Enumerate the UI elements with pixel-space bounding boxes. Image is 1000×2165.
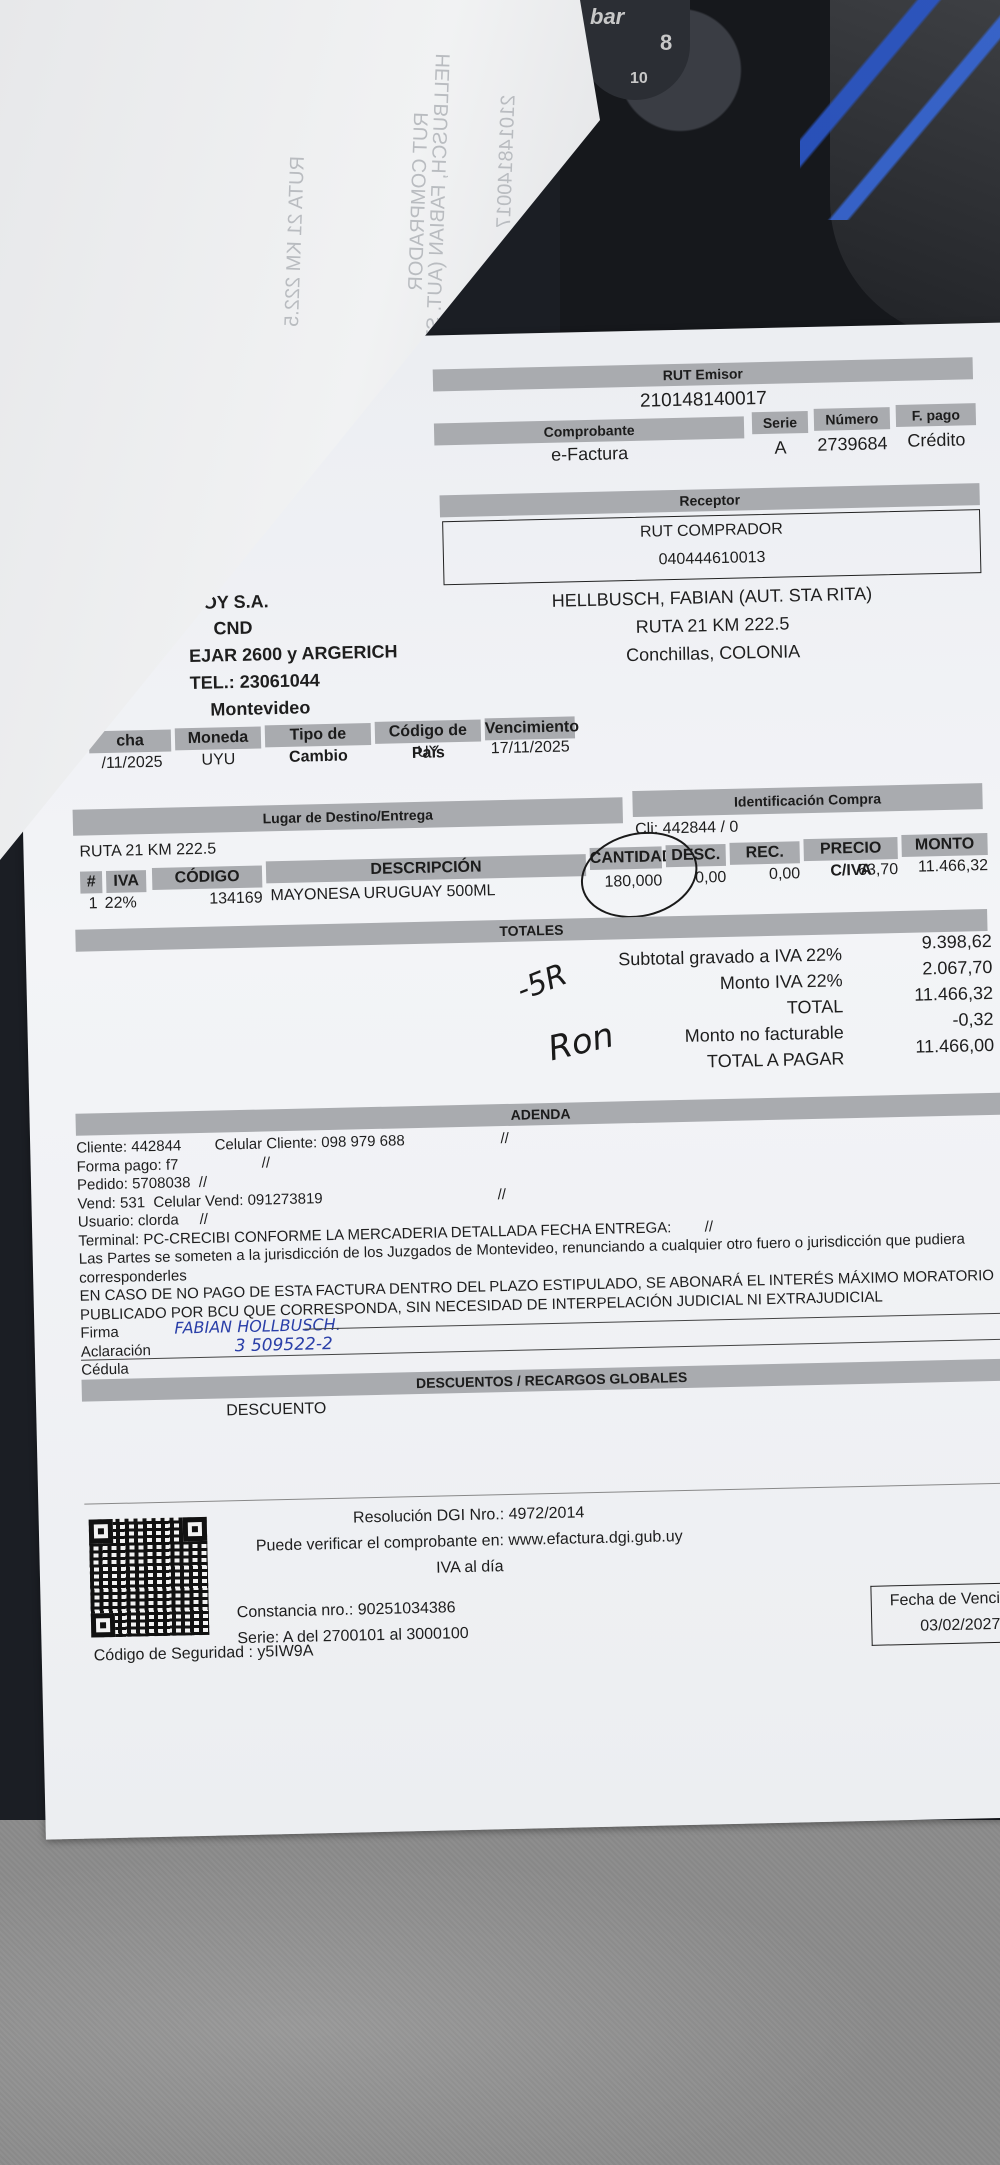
numero-header: Número: [814, 407, 890, 431]
row-num: 1: [89, 895, 98, 913]
footer-divider: [84, 1482, 1000, 1504]
col-codigo-header: CÓDIGO: [152, 865, 262, 889]
destino-value: RUTA 21 KM 222.5: [79, 841, 216, 862]
fecha-vencimiento-value: 03/02/2027: [920, 1616, 1000, 1636]
fecha-vencimiento-label: Fecha de Vencim: [890, 1590, 1000, 1611]
iva-al-dia: IVA al día: [240, 1554, 700, 1582]
emisor-line2: CND: [213, 618, 252, 640]
destino-header: Lugar de Destino/Entrega: [73, 797, 623, 835]
serie-value: A: [752, 437, 808, 459]
row-rec: 0,00: [730, 865, 800, 885]
col-descripcion-header: DESCRIPCIÓN: [266, 854, 586, 883]
receptor-name: HELLBUSCH, FABIAN (AUT. STA RITA): [442, 581, 982, 614]
moneda-value: UYU: [175, 750, 261, 770]
emisor-city: Montevideo: [210, 697, 310, 720]
row-codigo: 134169: [152, 889, 262, 909]
gauge-tick: 8: [660, 30, 672, 56]
row-iva: 22%: [105, 894, 137, 913]
gauge-unit-label: bar: [590, 4, 624, 30]
mirrored-rut-text: 210148140017: [493, 94, 521, 228]
verificar-link[interactable]: Puede verificar el comprobante en: www.e…: [239, 1528, 699, 1556]
constancia: Constancia nro.: 90251034386: [237, 1599, 456, 1622]
col-rec-header: REC.: [729, 841, 799, 865]
no-facturable-label: Monto no facturable: [458, 1022, 844, 1052]
receptor-city: Conchillas, COLONIA: [443, 637, 983, 670]
no-facturable-value: -0,32: [857, 1009, 993, 1033]
codigo-pais-header: Código de País: [375, 719, 481, 743]
total-label: TOTAL: [457, 996, 843, 1026]
numero-value: 2739684: [814, 433, 890, 456]
moneda-header: Moneda: [175, 726, 261, 750]
adenda-body: Cliente: 442844 Celular Cliente: 098 979…: [76, 1118, 1000, 1380]
pago-header: F. pago: [896, 403, 976, 427]
blue-strap: [800, 0, 1000, 220]
cedula-handwritten: 3 509522-2: [235, 1334, 334, 1356]
col-num-header: #: [80, 871, 102, 893]
codigo-seguridad: Código de Seguridad : y5IW9A: [94, 1643, 314, 1666]
row-monto: 11.466,32: [902, 857, 988, 877]
total-value: 11.466,32: [857, 983, 993, 1007]
totales-header: TOTALES: [75, 909, 987, 952]
pago-value: Crédito: [896, 429, 976, 452]
vencimiento-header: Vencimiento: [485, 716, 575, 740]
subtotal-label: Subtotal gravado a IVA 22%: [456, 944, 842, 974]
codigo-pais-value: UY: [375, 742, 481, 762]
col-precio-header: PRECIO C/IVA: [803, 837, 897, 861]
col-iva-header: IVA: [106, 870, 146, 893]
rut-comprador-value: 040444610013: [444, 544, 980, 574]
rut-comprador-box: RUT COMPRADOR 040444610013: [442, 509, 981, 585]
iva-value: 2.067,70: [856, 957, 992, 981]
mirrored-address: RUTA 21 KM 222.5: [281, 156, 310, 328]
total-pagar-label: TOTAL A PAGAR: [458, 1048, 844, 1078]
emisor-phone: TEL.: 23061044: [189, 670, 320, 694]
row-descripcion: MAYONESA URUGUAY 500ML: [270, 882, 495, 905]
total-pagar-value: 11.466,00: [858, 1035, 994, 1059]
rut-comprador-label: RUT COMPRADOR: [443, 516, 979, 546]
serie-header: Serie: [752, 411, 808, 434]
vencimiento-value: 17/11/2025: [485, 738, 575, 758]
qr-code[interactable]: [89, 1517, 210, 1638]
gauge-tick: 10: [630, 70, 648, 88]
emisor-address: EJAR 2600 y ARGERICH: [189, 641, 398, 667]
fecha-vencimiento-box: Fecha de Vencim 03/02/2027: [870, 1582, 1000, 1646]
fecha-value: /11/2025: [101, 754, 162, 773]
subtotal-value: 9.398,62: [856, 931, 992, 955]
resolucion-dgi: Resolución DGI Nro.: 4972/2014: [239, 1502, 699, 1530]
descuento-item: DESCUENTO: [226, 1400, 327, 1420]
receptor-address: RUTA 21 KM 222.5: [442, 609, 982, 642]
col-monto-header: MONTO: [901, 833, 987, 857]
tipo-cambio-header: Tipo de Cambio: [265, 723, 371, 747]
row-precio: 63,70: [804, 861, 898, 881]
identificacion-header: Identificación Compra: [632, 783, 982, 817]
grey-cloth-background: [0, 1820, 1000, 2165]
comprobante-tipo: e-Factura: [434, 440, 744, 468]
